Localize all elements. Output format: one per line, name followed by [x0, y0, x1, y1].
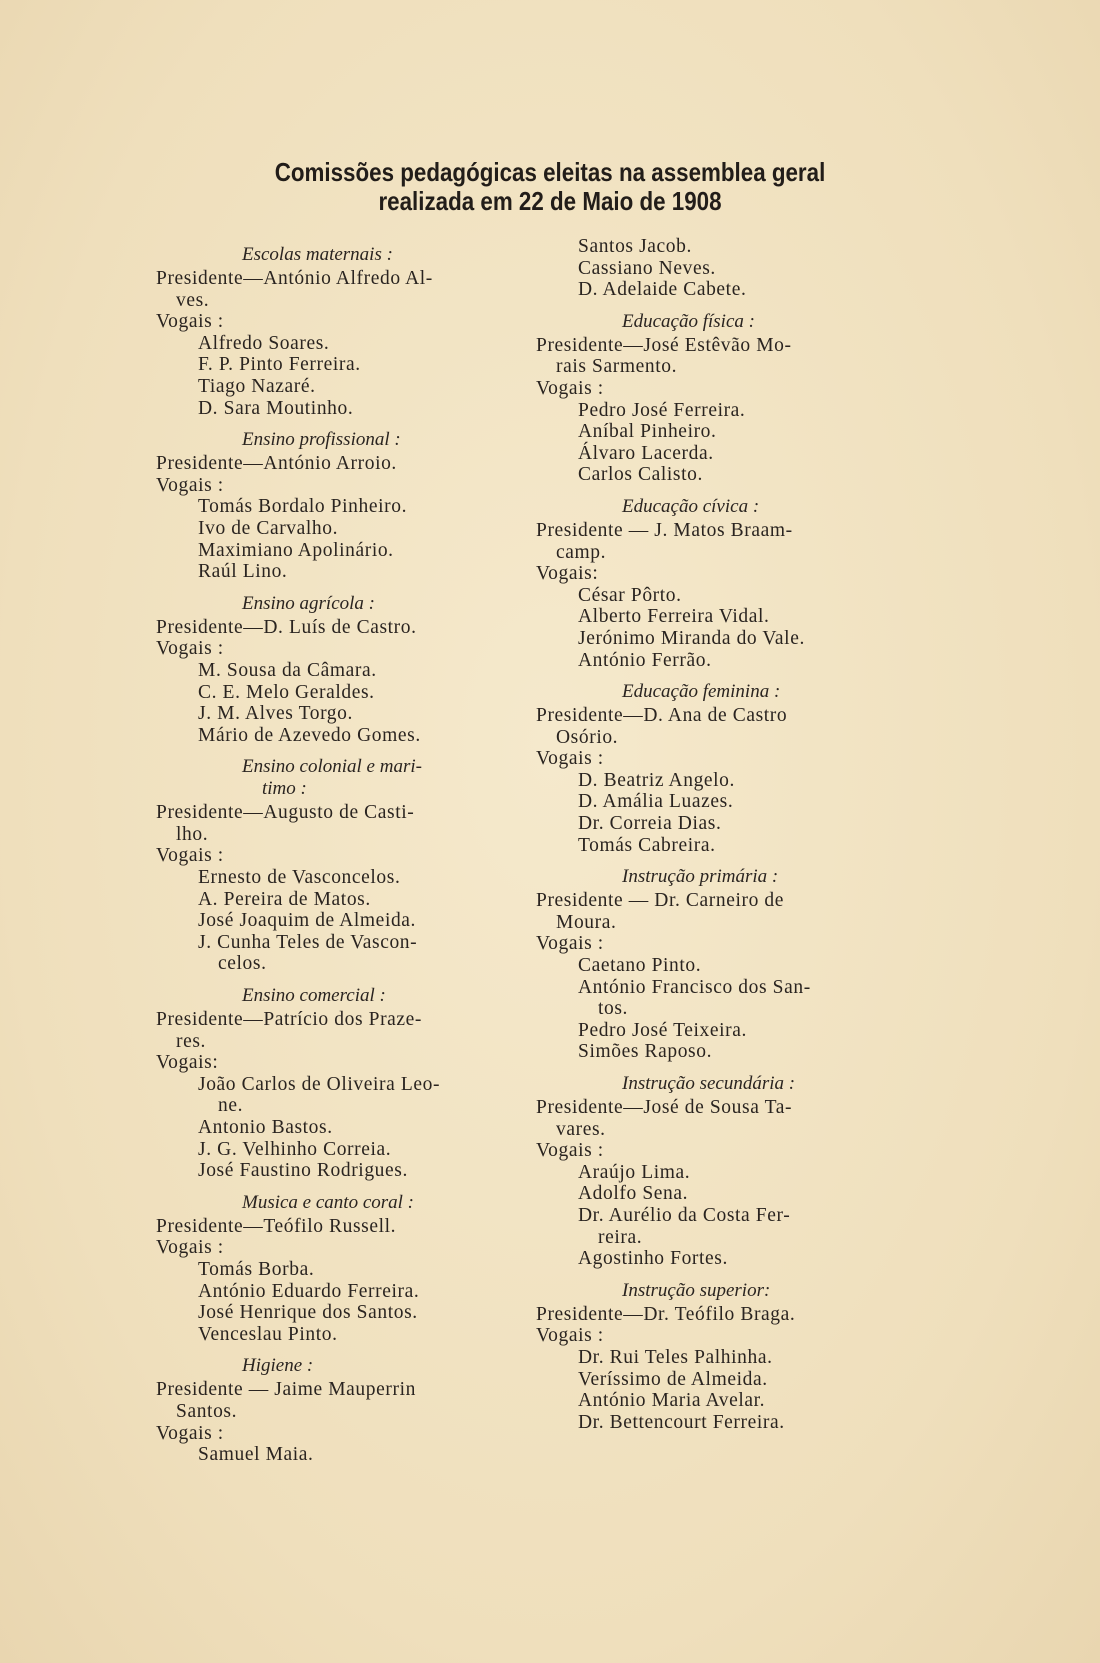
vogal-item: J. Cunha Teles de Vascon-	[156, 932, 496, 954]
vogal-item: D. Amália Luazes.	[536, 791, 876, 813]
vogal-item: M. Sousa da Câmara.	[156, 660, 496, 682]
section-heading: Educação física :	[536, 311, 876, 333]
section-ensino-comercial: Ensino comercial : Presidente—Patrício d…	[156, 985, 496, 1182]
vogal-item: Álvaro Lacerda.	[536, 443, 876, 465]
vogal-item: António Francisco dos San-	[536, 977, 876, 999]
vogais-label: Vogais :	[536, 933, 876, 955]
vogal-item: Aníbal Pinheiro.	[536, 421, 876, 443]
vogal-item: Jerónimo Miranda do Vale.	[536, 628, 876, 650]
presidente-line: Presidente—D. Luís de Castro.	[156, 617, 496, 639]
presidente-line: Presidente — J. Matos Braam-	[536, 520, 876, 542]
vogal-item: Dr. Correia Dias.	[536, 813, 876, 835]
vogal-item: Simões Raposo.	[536, 1041, 876, 1063]
presidente-line: Presidente—D. Ana de Castro	[536, 705, 876, 727]
vogal-item: Agostinho Fortes.	[536, 1248, 876, 1270]
vogal-item: Adolfo Sena.	[536, 1183, 876, 1205]
vogal-item: Ivo de Carvalho.	[156, 518, 496, 540]
right-column: Santos Jacob. Cassiano Neves. D. Adelaid…	[536, 236, 876, 1443]
section-heading: Escolas maternais :	[156, 244, 496, 266]
vogais-label: Vogais :	[536, 1325, 876, 1347]
vogal-continuation: ne.	[156, 1095, 496, 1117]
vogal-item: Dr. Bettencourt Ferreira.	[536, 1412, 876, 1434]
section-educacao-fisica: Educação física : Presidente—José Estêvã…	[536, 311, 876, 486]
vogal-item: D. Beatriz Angelo.	[536, 770, 876, 792]
section-heading: Ensino agrícola :	[156, 593, 496, 615]
vogal-continuation: celos.	[156, 953, 496, 975]
title-line-1: Comissões pedagógicas eleitas na assembl…	[77, 158, 1023, 187]
vogal-item: José Faustino Rodrigues.	[156, 1160, 496, 1182]
section-instrucao-superior: Instrução superior: Presidente—Dr. Teófi…	[536, 1280, 876, 1434]
vogal-item: Caetano Pinto.	[536, 955, 876, 977]
presidente-continuation: camp.	[536, 542, 876, 564]
vogal-item: J. G. Velhinho Correia.	[156, 1139, 496, 1161]
vogal-item: A. Pereira de Matos.	[156, 889, 496, 911]
section-educacao-feminina: Educação feminina : Presidente—D. Ana de…	[536, 681, 876, 856]
vogal-item: Santos Jacob.	[536, 236, 876, 258]
presidente-continuation: lho.	[156, 824, 496, 846]
vogal-item: António Maria Avelar.	[536, 1390, 876, 1412]
section-ensino-colonial: Ensino colonial e mari- timo : President…	[156, 756, 496, 975]
vogal-item: Alberto Ferreira Vidal.	[536, 606, 876, 628]
vogais-label: Vogais :	[156, 845, 496, 867]
section-heading: Educação feminina :	[536, 681, 876, 703]
vogal-item: António Ferrão.	[536, 650, 876, 672]
vogais-label: Vogais :	[156, 475, 496, 497]
vogal-item: José Joaquim de Almeida.	[156, 910, 496, 932]
section-heading: Ensino comercial :	[156, 985, 496, 1007]
vogal-item: Samuel Maia.	[156, 1444, 496, 1466]
vogal-item: C. E. Melo Geraldes.	[156, 682, 496, 704]
vogal-item: J. M. Alves Torgo.	[156, 703, 496, 725]
section-educacao-civica: Educação cívica : Presidente — J. Matos …	[536, 496, 876, 671]
section-ensino-profissional: Ensino profissional : Presidente—António…	[156, 429, 496, 583]
section-heading: Instrução primária :	[536, 866, 876, 888]
vogal-continuation: tos.	[536, 998, 876, 1020]
vogal-item: Veríssimo de Almeida.	[536, 1369, 876, 1391]
presidente-line: Presidente—José de Sousa Ta-	[536, 1097, 876, 1119]
section-heading: Musica e canto coral :	[156, 1192, 496, 1214]
vogal-item: César Pôrto.	[536, 585, 876, 607]
presidente-line: Presidente — Jaime Mauperrin	[156, 1379, 496, 1401]
vogal-item: Dr. Rui Teles Palhinha.	[536, 1347, 876, 1369]
section-heading: Ensino colonial e mari-	[156, 756, 496, 778]
vogal-item: Mário de Azevedo Gomes.	[156, 725, 496, 747]
section-musica-canto-coral: Musica e canto coral : Presidente—Teófil…	[156, 1192, 496, 1346]
presidente-continuation: Santos.	[156, 1401, 496, 1423]
left-column: Escolas maternais : Presidente—António A…	[156, 236, 496, 1476]
section-higiene-continued: Santos Jacob. Cassiano Neves. D. Adelaid…	[536, 236, 876, 301]
vogal-item: D. Sara Moutinho.	[156, 398, 496, 420]
vogal-item: Pedro José Ferreira.	[536, 400, 876, 422]
presidente-line: Presidente—Patrício dos Praze-	[156, 1009, 496, 1031]
presidente-continuation: Osório.	[536, 727, 876, 749]
vogal-item: Tomás Borba.	[156, 1259, 496, 1281]
vogal-continuation: reira.	[536, 1227, 876, 1249]
vogal-item: Cassiano Neves.	[536, 258, 876, 280]
vogal-item: Tomás Cabreira.	[536, 835, 876, 857]
vogais-label: Vogais :	[156, 1423, 496, 1445]
presidente-continuation: vares.	[536, 1119, 876, 1141]
presidente-continuation: rais Sarmento.	[536, 356, 876, 378]
vogal-item: D. Adelaide Cabete.	[536, 279, 876, 301]
section-heading: Instrução superior:	[536, 1280, 876, 1302]
vogais-label: Vogais :	[156, 1237, 496, 1259]
vogais-label: Vogais:	[156, 1052, 496, 1074]
section-instrucao-primaria: Instrução primária : Presidente — Dr. Ca…	[536, 866, 876, 1063]
vogal-item: Dr. Aurélio da Costa Fer-	[536, 1205, 876, 1227]
section-heading: Higiene :	[156, 1355, 496, 1377]
vogal-item: Carlos Calisto.	[536, 464, 876, 486]
page-title: Comissões pedagógicas eleitas na assembl…	[77, 158, 1023, 216]
presidente-continuation: Moura.	[536, 912, 876, 934]
presidente-continuation: ves.	[156, 290, 496, 312]
presidente-continuation: res.	[156, 1031, 496, 1053]
vogal-item: Maximiano Apolinário.	[156, 540, 496, 562]
vogais-label: Vogais :	[536, 748, 876, 770]
vogal-item: Antonio Bastos.	[156, 1117, 496, 1139]
presidente-line: Presidente—Augusto de Casti-	[156, 802, 496, 824]
presidente-line: Presidente—José Estêvão Mo-	[536, 335, 876, 357]
section-heading-continuation: timo :	[156, 778, 496, 800]
title-line-2: realizada em 22 de Maio de 1908	[77, 187, 1023, 216]
presidente-line: Presidente — Dr. Carneiro de	[536, 890, 876, 912]
section-heading: Instrução secundária :	[536, 1073, 876, 1095]
vogais-label: Vogais :	[536, 378, 876, 400]
presidente-line: Presidente—Teófilo Russell.	[156, 1216, 496, 1238]
section-heading: Educação cívica :	[536, 496, 876, 518]
vogal-item: Venceslau Pinto.	[156, 1324, 496, 1346]
section-instrucao-secundaria: Instrução secundária : Presidente—José d…	[536, 1073, 876, 1270]
vogal-item: Araújo Lima.	[536, 1162, 876, 1184]
presidente-line: Presidente—António Alfredo Al-	[156, 268, 496, 290]
vogal-item: Alfredo Soares.	[156, 333, 496, 355]
section-escolas-maternais: Escolas maternais : Presidente—António A…	[156, 244, 496, 419]
vogais-label: Vogais:	[536, 563, 876, 585]
vogal-item: João Carlos de Oliveira Leo-	[156, 1074, 496, 1096]
vogal-item: Raúl Lino.	[156, 561, 496, 583]
presidente-line: Presidente—António Arroio.	[156, 453, 496, 475]
vogal-item: Ernesto de Vasconcelos.	[156, 867, 496, 889]
vogal-item: António Eduardo Ferreira.	[156, 1281, 496, 1303]
vogal-item: José Henrique dos Santos.	[156, 1302, 496, 1324]
presidente-line: Presidente—Dr. Teófilo Braga.	[536, 1304, 876, 1326]
section-ensino-agricola: Ensino agrícola : Presidente—D. Luís de …	[156, 593, 496, 747]
vogais-label: Vogais :	[156, 638, 496, 660]
vogal-item: Tomás Bordalo Pinheiro.	[156, 496, 496, 518]
vogais-label: Vogais :	[156, 311, 496, 333]
section-heading: Ensino profissional :	[156, 429, 496, 451]
vogal-item: Pedro José Teixeira.	[536, 1020, 876, 1042]
vogal-item: F. P. Pinto Ferreira.	[156, 354, 496, 376]
vogais-label: Vogais :	[536, 1140, 876, 1162]
section-higiene: Higiene : Presidente — Jaime Mauperrin S…	[156, 1355, 496, 1465]
vogal-item: Tiago Nazaré.	[156, 376, 496, 398]
